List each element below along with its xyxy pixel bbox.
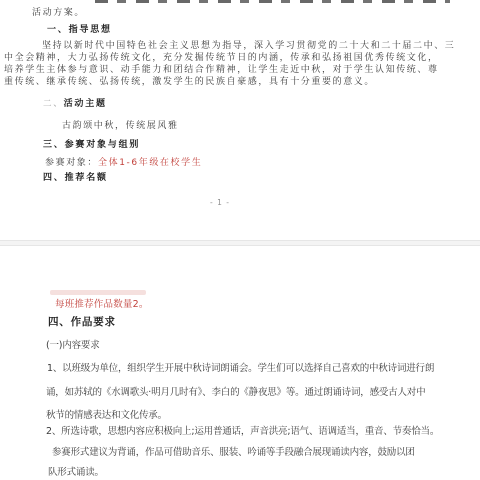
paragraph-line: 秋节的情感表达和文化传承。 xyxy=(46,409,167,422)
list-number: 二、 xyxy=(43,99,64,109)
theme-text: 古韵颂中秋，传统展风雅 xyxy=(62,120,179,132)
paragraph-line: 重传统、继承传统、弘扬传统，激发学生的民族自豪感，具有十分重要的意义。 xyxy=(4,76,375,88)
paragraph-line: 参赛形式建议为背诵，作品可借助音乐、服装、吟诵等手段融合展现诵读内容，鼓励以团 xyxy=(52,446,415,459)
participants-value-highlighted: 全体1-6年级在校学生 xyxy=(98,158,202,168)
document-page-2[interactable]: 每班推荐作品数量2。 四、作品要求 (一)内容要求 1、以班级为单位，组织学生开… xyxy=(0,246,480,480)
section-heading-guiding-ideology: 一、指导思想 xyxy=(47,24,112,36)
paragraph-line: 队形式诵读。 xyxy=(48,466,104,479)
paragraph-line: 诵，如苏轼的《水调歌头·明月几时有》、李白的《静夜思》等。通过朗诵诗词，感受古人… xyxy=(46,386,425,399)
page-number: - 1 - xyxy=(190,198,250,207)
participants-label: 参赛对象： xyxy=(45,158,98,168)
subheading-content-requirements: (一)内容要求 xyxy=(46,339,100,352)
participants-line: 参赛对象：全体1-6年级在校学生 xyxy=(45,157,202,169)
quota-text-highlighted: 每班推荐作品数量2。 xyxy=(55,298,149,311)
clipped-highlight-remnant xyxy=(50,290,146,295)
paragraph-line: 2、所选诗歌，思想内容应积极向上;运用普通话，声音洪亮;语气、语调适当，重音、节… xyxy=(46,425,439,438)
section-heading-label: 活动主题 xyxy=(64,99,107,109)
paragraph-line: 坚持以新时代中国特色社会主义思想为指导，深入学习贯彻党的二十大和二十届二中、三 xyxy=(42,40,455,52)
section-heading-work-requirements: 四、作品要求 xyxy=(48,316,116,329)
document-page-1[interactable]: 活动方案。 一、指导思想 坚持以新时代中国特色社会主义思想为指导，深入学习贯彻党… xyxy=(0,0,480,240)
section-heading-quota: 四、推荐名额 xyxy=(43,172,108,184)
clipped-text-remnant xyxy=(95,0,450,3)
paragraph-tail-line: 活动方案。 xyxy=(32,7,85,19)
section-heading-participants: 三、参赛对象与组别 xyxy=(43,139,140,151)
paragraph-line: 1、以班级为单位，组织学生开展中秋诗词朗诵会。学生们可以选择自己喜欢的中秋诗词进… xyxy=(47,362,434,375)
paragraph-line: 中全会精神，大力弘扬传统文化，充分发掘传统节日的内涵，传承和弘扬祖国优秀传统文化… xyxy=(4,52,439,64)
section-heading-activity-theme: 二、活动主题 xyxy=(43,98,107,110)
paragraph-line: 培养学生主体参与意识、动手能力和团结合作精神，让学生走近中秋，对于学生认知传统、… xyxy=(4,64,439,76)
